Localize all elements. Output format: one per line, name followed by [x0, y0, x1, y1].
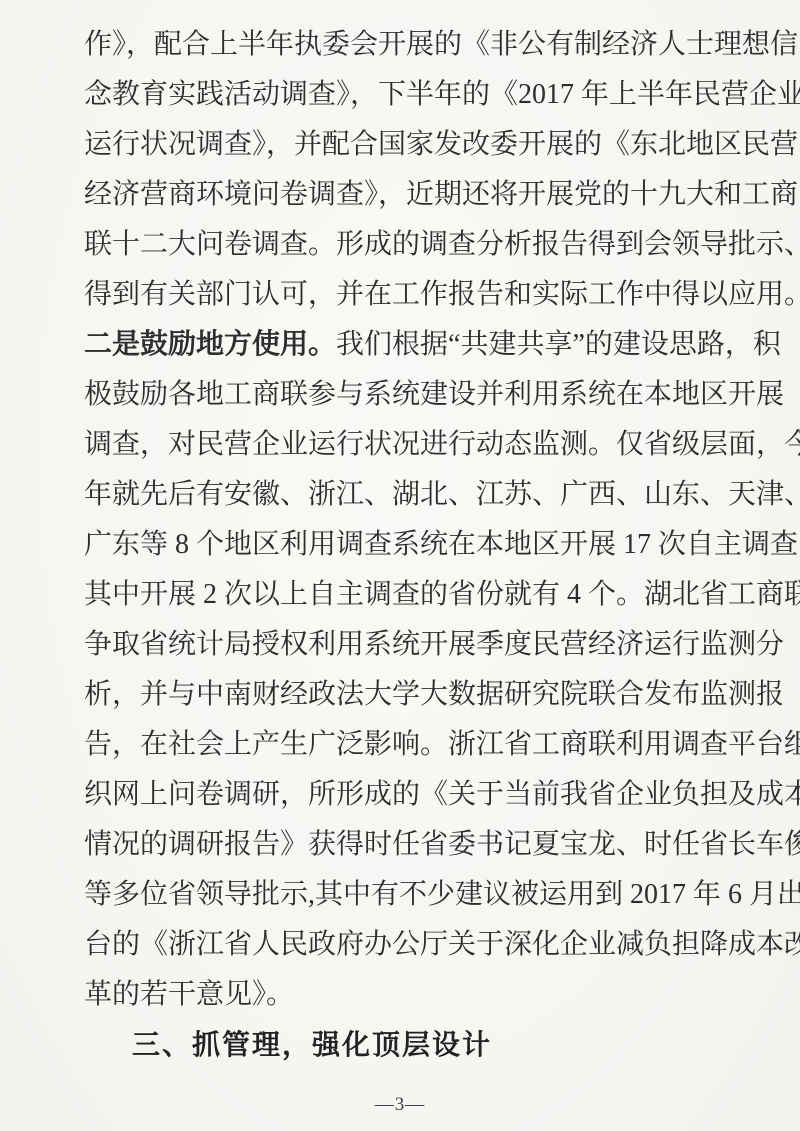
text-line: 作》，配合上半年执委会开展的《非公有制经济人士理想信 [84, 20, 729, 70]
text-run: 我们根据“共建共享”的建设思路，积 [336, 329, 781, 360]
text-line: 调查，对民营企业运行状况进行动态监测。仅省级层面，今 [84, 420, 729, 470]
text-line: 广东等 8 个地区利用调查系统在本地区开展 17 次自主调查， [84, 520, 729, 570]
text-line: 台的《浙江省人民政府办公厅关于深化企业减负担降成本改 [84, 920, 729, 970]
text-line: 经济营商环境问卷调查》，近期还将开展党的十九大和工商 [84, 170, 729, 220]
page-number: —3— [0, 1094, 800, 1116]
bold-run: 二是鼓励地方使用。 [84, 329, 336, 360]
scanned-document-page: 作》，配合上半年执委会开展的《非公有制经济人士理想信 念教育实践活动调查》，下半… [0, 0, 800, 1131]
text-line: 得到有关部门认可，并在工作报告和实际工作中得以应用。 [84, 270, 729, 320]
text-line: 念教育实践活动调查》，下半年的《2017 年上半年民营企业 [84, 70, 729, 120]
text-line: 情况的调研报告》获得时任省委书记夏宝龙、时任省长车俊 [84, 820, 729, 870]
text-line: 析，并与中南财经政法大学大数据研究院联合发布监测报 [84, 670, 729, 720]
body-text: 作》，配合上半年执委会开展的《非公有制经济人士理想信 念教育实践活动调查》，下半… [84, 20, 729, 1070]
text-line: 其中开展 2 次以上自主调查的省份就有 4 个。湖北省工商联 [84, 570, 729, 620]
text-line: 革的若干意见》。 [84, 970, 729, 1020]
text-line: 年就先后有安徽、浙江、湖北、江苏、广西、山东、天津、 [84, 470, 729, 520]
text-line: 极鼓励各地工商联参与系统建设并利用系统在本地区开展 [84, 370, 729, 420]
text-line: 等多位省领导批示,其中有不少建议被运用到 2017 年 6 月出 [84, 870, 729, 920]
text-line: 告，在社会上产生广泛影响。浙江省工商联利用调查平台组 [84, 720, 729, 770]
text-line: 二是鼓励地方使用。我们根据“共建共享”的建设思路，积 [84, 320, 729, 370]
section-heading: 三、抓管理，强化顶层设计 [84, 1020, 729, 1070]
text-line: 联十二大问卷调查。形成的调查分析报告得到会领导批示、 [84, 220, 729, 270]
text-line: 运行状况调查》，并配合国家发改委开展的《东北地区民营 [84, 120, 729, 170]
text-line: 织网上问卷调研，所形成的《关于当前我省企业负担及成本 [84, 770, 729, 820]
text-line: 争取省统计局授权利用系统开展季度民营经济运行监测分 [84, 620, 729, 670]
